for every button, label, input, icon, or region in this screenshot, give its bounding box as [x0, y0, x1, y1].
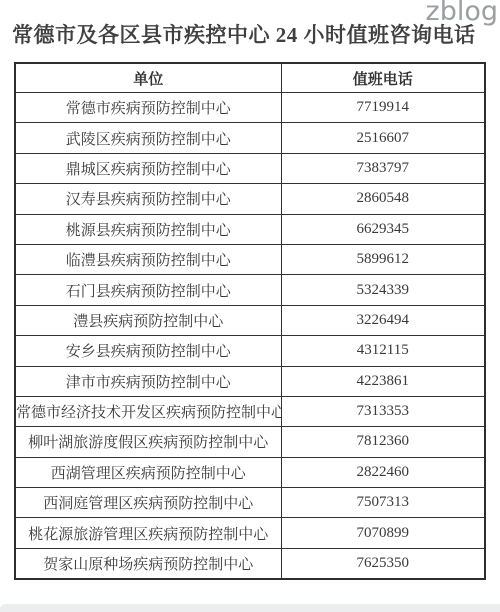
phone-cell: 7070899	[281, 518, 485, 548]
bottom-page-strip	[0, 604, 500, 612]
unit-cell: 常德市经济技术开发区疾病预防控制中心	[15, 396, 281, 426]
unit-cell: 澧县疾病预防控制中心	[15, 305, 281, 335]
unit-cell: 安乡县疾病预防控制中心	[15, 336, 281, 366]
table-row: 安乡县疾病预防控制中心4312115	[15, 336, 485, 366]
phone-cell: 6629345	[281, 214, 485, 244]
phone-cell: 2516607	[281, 123, 485, 153]
table-row: 贺家山原种场疾病预防控制中心7625350	[15, 548, 485, 579]
phone-cell: 7383797	[281, 153, 485, 183]
cdc-phone-table: 单位 值班电话 常德市疾病预防控制中心7719914武陵区疾病预防控制中心251…	[14, 62, 486, 580]
zblog-watermark: zblog	[426, 0, 498, 27]
phone-cell: 4312115	[281, 336, 485, 366]
table-row: 津市市疾病预防控制中心4223861	[15, 366, 485, 396]
unit-cell: 桃源县疾病预防控制中心	[15, 214, 281, 244]
table-header-row: 单位 值班电话	[15, 63, 485, 93]
phone-cell: 3226494	[281, 305, 485, 335]
unit-cell: 汉寿县疾病预防控制中心	[15, 184, 281, 214]
phone-cell: 7812360	[281, 427, 485, 457]
phone-cell: 5899612	[281, 244, 485, 274]
table-row: 常德市疾病预防控制中心7719914	[15, 93, 485, 123]
table-row: 汉寿县疾病预防控制中心2860548	[15, 184, 485, 214]
table-row: 桃源县疾病预防控制中心6629345	[15, 214, 485, 244]
unit-cell: 贺家山原种场疾病预防控制中心	[15, 548, 281, 579]
phone-cell: 5324339	[281, 275, 485, 305]
unit-cell: 西湖管理区疾病预防控制中心	[15, 457, 281, 487]
phone-cell: 4223861	[281, 366, 485, 396]
table-row: 武陵区疾病预防控制中心2516607	[15, 123, 485, 153]
table-row: 常德市经济技术开发区疾病预防控制中心7313353	[15, 396, 485, 426]
unit-cell: 石门县疾病预防控制中心	[15, 275, 281, 305]
unit-cell: 津市市疾病预防控制中心	[15, 366, 281, 396]
table-row: 澧县疾病预防控制中心3226494	[15, 305, 485, 335]
phone-cell: 2822460	[281, 457, 485, 487]
table-row: 石门县疾病预防控制中心5324339	[15, 275, 485, 305]
header-cell-unit: 单位	[15, 63, 281, 93]
phone-cell: 7719914	[281, 93, 485, 123]
table-row: 柳叶湖旅游度假区疾病预防控制中心7812360	[15, 427, 485, 457]
phone-cell: 7625350	[281, 548, 485, 579]
table-row: 鼎城区疾病预防控制中心7383797	[15, 153, 485, 183]
unit-cell: 柳叶湖旅游度假区疾病预防控制中心	[15, 427, 281, 457]
header-cell-phone: 值班电话	[281, 63, 485, 93]
table-row: 桃花源旅游管理区疾病预防控制中心7070899	[15, 518, 485, 548]
unit-cell: 桃花源旅游管理区疾病预防控制中心	[15, 518, 281, 548]
phone-cell: 2860548	[281, 184, 485, 214]
unit-cell: 常德市疾病预防控制中心	[15, 93, 281, 123]
unit-cell: 西洞庭管理区疾病预防控制中心	[15, 488, 281, 518]
unit-cell: 鼎城区疾病预防控制中心	[15, 153, 281, 183]
table-row: 西湖管理区疾病预防控制中心2822460	[15, 457, 485, 487]
table-row: 西洞庭管理区疾病预防控制中心7507313	[15, 488, 485, 518]
phone-cell: 7313353	[281, 396, 485, 426]
phone-cell: 7507313	[281, 488, 485, 518]
table-row: 临澧县疾病预防控制中心5899612	[15, 244, 485, 274]
unit-cell: 临澧县疾病预防控制中心	[15, 244, 281, 274]
table-body: 常德市疾病预防控制中心7719914武陵区疾病预防控制中心2516607鼎城区疾…	[15, 93, 485, 580]
unit-cell: 武陵区疾病预防控制中心	[15, 123, 281, 153]
